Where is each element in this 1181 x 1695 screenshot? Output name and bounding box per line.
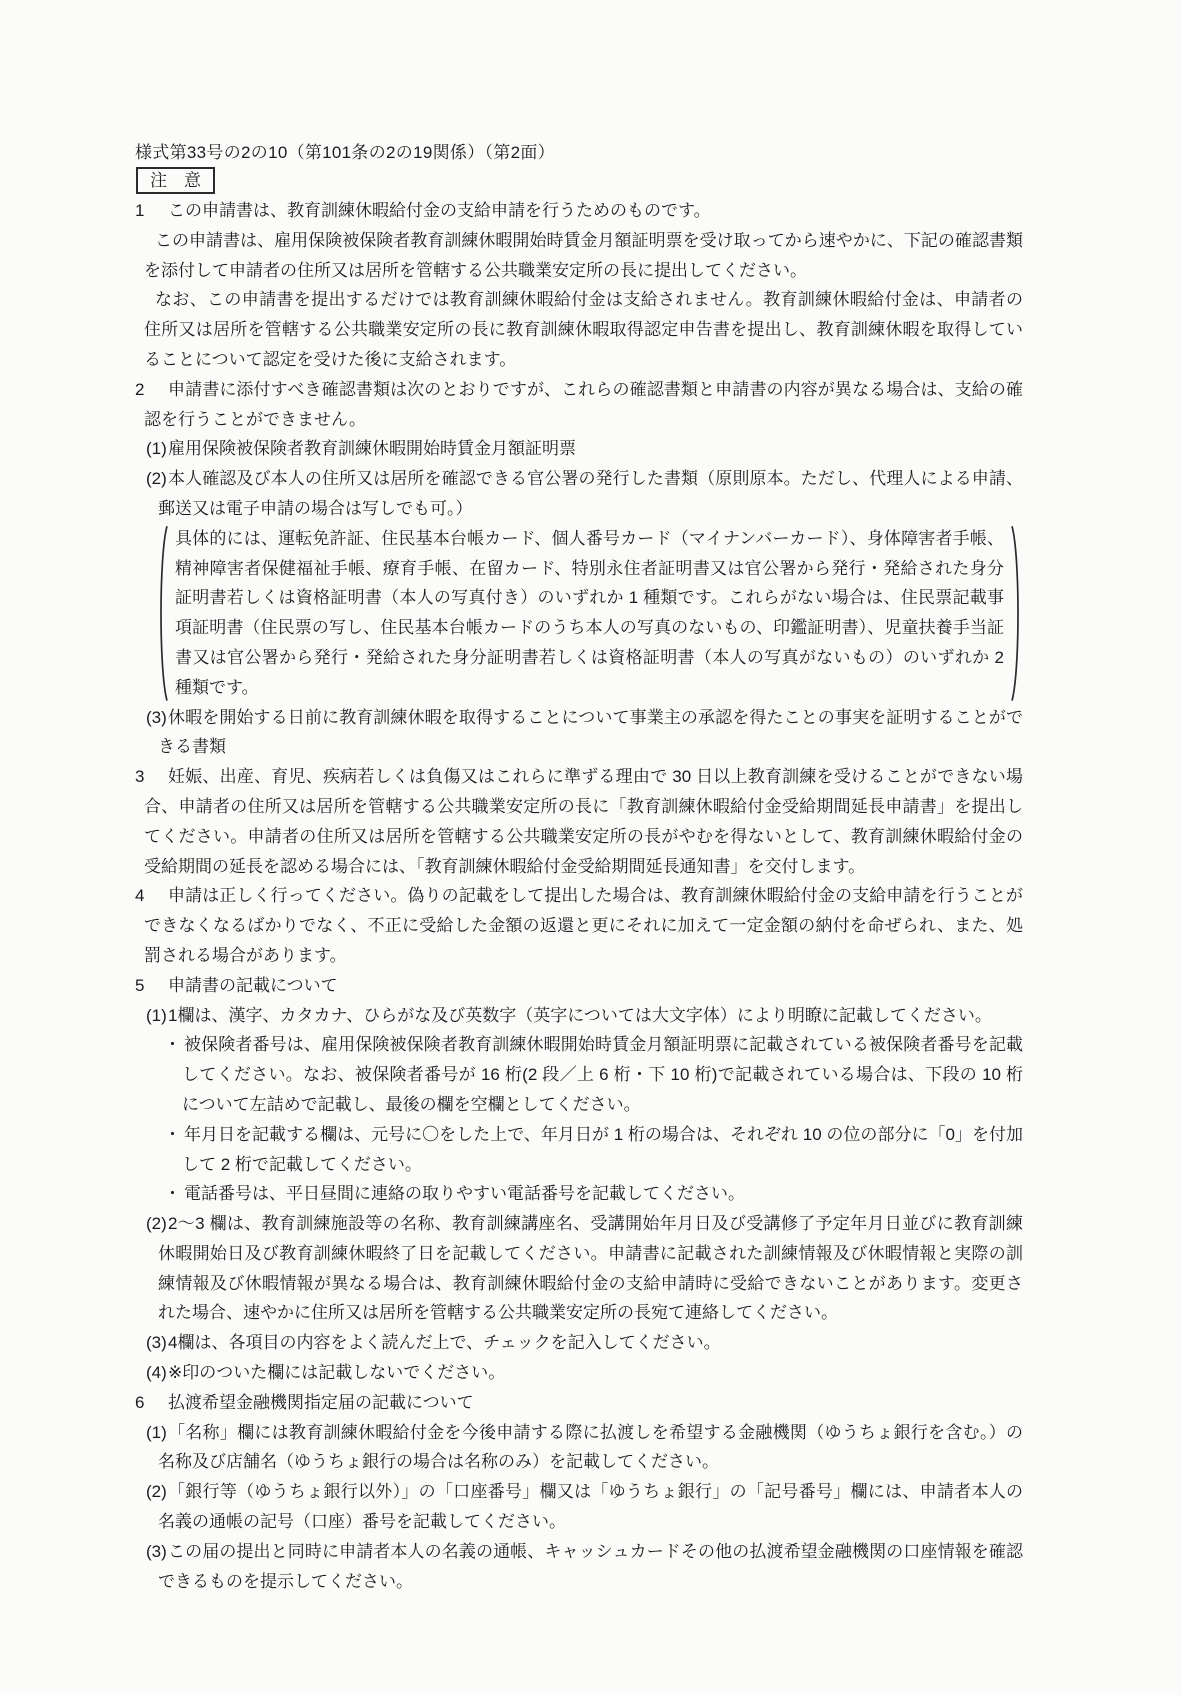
sub-marker: (1) [146,1418,167,1448]
item-marker: 2 [135,375,144,405]
notice-label: 注 意 [150,171,201,190]
bullet-marker: ・ [164,1120,181,1150]
item-5: 5 申請書の記載について [135,971,1023,1001]
sub-5-4: (4) ※印のついた欄には記載しないでください。 [135,1358,1023,1388]
form-code: 様式第33号の2の10（第101条の2の19関係）（第2面） [135,141,1023,164]
item-marker: 5 [135,971,144,1001]
item-marker: 3 [135,762,144,792]
bullet-date-format: ・ 年月日を記載する欄は、元号に〇をした上で、年月日が 1 桁の場合は、それぞれ… [135,1120,1023,1180]
sub-text: 2～3 欄は、教育訓練施設等の名称、教育訓練講座名、受講開始年月日及び受講修了予… [158,1214,1023,1322]
item-3: 3 妊娠、出産、育児、疾病若しくは負傷又はこれらに準ずる理由で 30 日以上教育… [135,762,1023,881]
paragraph-text: なお、この申請書を提出するだけでは教育訓練休暇給付金は支給されません。教育訓練休… [144,290,1023,369]
bullet-marker: ・ [164,1179,181,1209]
item-text: 申請書に添付すべき確認書類は次のとおりですが、これらの確認書類と申請書の内容が異… [144,380,1023,429]
item-2: 2 申請書に添付すべき確認書類は次のとおりですが、これらの確認書類と申請書の内容… [135,375,1023,435]
item-text: 払渡希望金融機関指定届の記載について [168,1393,474,1412]
item-1-paragraph-2: なお、この申請書を提出するだけでは教育訓練休暇給付金は支給されません。教育訓練休… [135,285,1023,374]
item-text: この申請書は、教育訓練休暇給付金の支給申請を行うためのものです。 [168,201,711,220]
sub-6-2: (2) 「銀行等（ゆうちょ銀行以外）」の「口座番号」欄又は「ゆうちょ銀行」の「記… [135,1477,1023,1537]
item-marker: 4 [135,881,144,911]
sub-marker: (3) [146,703,167,733]
paragraph-text: この申請書は、雇用保険被保険者教育訓練休暇開始時賃金月額証明票を受け取ってから速… [144,231,1023,280]
sub-text: 雇用保険被保険者教育訓練休暇開始時賃金月額証明票 [168,439,576,458]
sub-5-2: (2) 2～3 欄は、教育訓練施設等の名称、教育訓練講座名、受講開始年月日及び受… [135,1209,1023,1328]
item-4: 4 申請は正しく行ってください。偽りの記載をして提出した場合は、教育訓練休暇給付… [135,881,1023,970]
notice-box: 注 意 [136,167,215,194]
left-brace-icon [156,524,168,703]
item-text: 妊娠、出産、育児、疾病若しくは負傷又はこれらに準ずる理由で 30 日以上教育訓練… [144,767,1023,875]
sub-2-3: (3) 休暇を開始する日前に教育訓練休暇を取得することについて事業主の承認を得た… [135,703,1023,763]
sub-2-2: (2) 本人確認及び本人の住所又は居所を確認できる官公署の発行した書類（原則原本… [135,464,1023,524]
item-text: 申請は正しく行ってください。偽りの記載をして提出した場合は、教育訓練休暇給付金の… [144,886,1023,965]
notice-box-row: 注 意 [135,164,1023,196]
right-brace-icon [1011,524,1023,703]
bullet-text: 年月日を記載する欄は、元号に〇をした上で、年月日が 1 桁の場合は、それぞれ 1… [182,1125,1023,1174]
bullet-text: 被保険者番号は、雇用保険被保険者教育訓練休暇開始時賃金月額証明票に記載されている… [182,1035,1023,1114]
bullet-phone-number: ・ 電話番号は、平日昼間に連絡の取りやすい電話番号を記載してください。 [135,1179,1023,1209]
sub-text: この届の提出と同時に申請者本人の名義の通帳、キャッシュカードその他の払渡希望金融… [158,1542,1023,1591]
item-marker: 1 [135,196,144,226]
sub-6-3: (3) この届の提出と同時に申請者本人の名義の通帳、キャッシュカードその他の払渡… [135,1537,1023,1597]
sub-5-1: (1) 1欄は、漢字、カタカナ、ひらがな及び英数字（英字については大文字体）によ… [135,1001,1023,1031]
bracket-note-text: 具体的には、運転免許証、住民基本台帳カード、個人番号カード（マイナンバーカード）… [168,524,1011,703]
notice-document: 様式第33号の2の10（第101条の2の19関係）（第2面） 注 意 1 この申… [135,141,1023,1596]
sub-text: 「銀行等（ゆうちょ銀行以外）」の「口座番号」欄又は「ゆうちょ銀行」の「記号番号」… [158,1482,1023,1531]
sub-text: 1欄は、漢字、カタカナ、ひらがな及び英数字（英字については大文字体）により明瞭に… [168,1006,992,1025]
sub-text: 休暇を開始する日前に教育訓練休暇を取得することについて事業主の承認を得たことの事… [158,708,1023,757]
sub-text: 4欄は、各項目の内容をよく読んだ上で、チェックを記入してください。 [168,1333,721,1352]
item-marker: 6 [135,1388,144,1418]
bullet-insured-number: ・ 被保険者番号は、雇用保険被保険者教育訓練休暇開始時賃金月額証明票に記載されて… [135,1030,1023,1119]
sub-text: ※印のついた欄には記載しないでください。 [168,1363,505,1382]
bracket-note: 具体的には、運転免許証、住民基本台帳カード、個人番号カード（マイナンバーカード）… [156,524,1023,703]
bullet-marker: ・ [164,1030,181,1060]
sub-5-3: (3) 4欄は、各項目の内容をよく読んだ上で、チェックを記入してください。 [135,1328,1023,1358]
sub-2-1: (1) 雇用保険被保険者教育訓練休暇開始時賃金月額証明票 [135,434,1023,464]
sub-marker: (3) [146,1328,167,1358]
sub-marker: (2) [146,1477,167,1507]
item-6: 6 払渡希望金融機関指定届の記載について [135,1388,1023,1418]
sub-text: 本人確認及び本人の住所又は居所を確認できる官公署の発行した書類（原則原本。ただし… [158,469,1023,518]
sub-marker: (2) [146,464,167,494]
sub-marker: (1) [146,434,167,464]
item-1: 1 この申請書は、教育訓練休暇給付金の支給申請を行うためのものです。 [135,196,1023,226]
sub-text: 「名称」欄には教育訓練休暇給付金を今後申請する際に払渡しを希望する金融機関（ゆう… [158,1423,1023,1472]
bullet-text: 電話番号は、平日昼間に連絡の取りやすい電話番号を記載してください。 [184,1184,745,1203]
item-1-paragraph-1: この申請書は、雇用保険被保険者教育訓練休暇開始時賃金月額証明票を受け取ってから速… [135,226,1023,286]
item-text: 申請書の記載について [168,976,338,995]
sub-marker: (1) [146,1001,167,1031]
sub-marker: (2) [146,1209,167,1239]
sub-marker: (4) [146,1358,167,1388]
sub-6-1: (1) 「名称」欄には教育訓練休暇給付金を今後申請する際に払渡しを希望する金融機… [135,1418,1023,1478]
sub-marker: (3) [146,1537,167,1567]
